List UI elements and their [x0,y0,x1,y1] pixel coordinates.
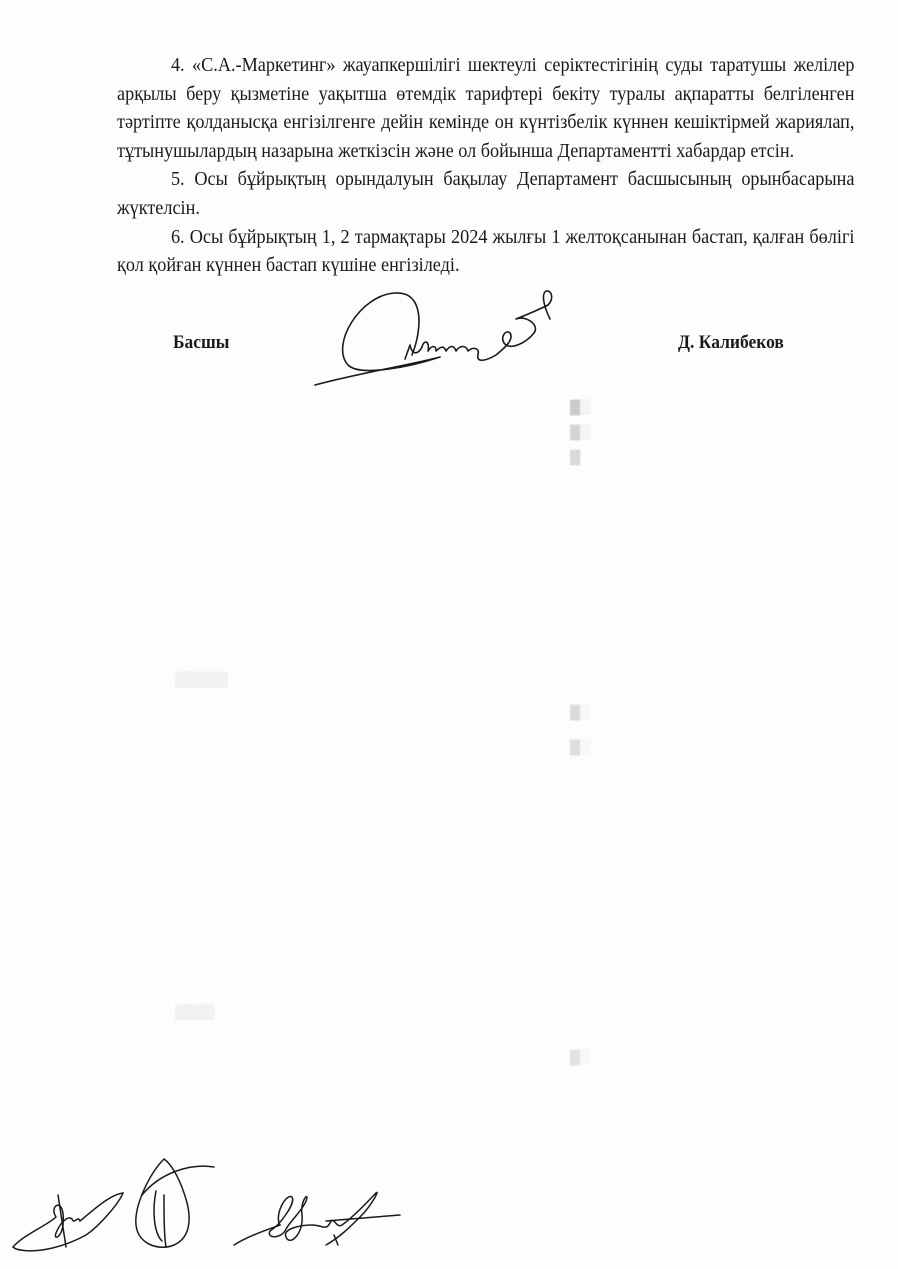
document-body: 4. «С.А.-Маркетинг» жауапкершілігі шекте… [117,52,854,281]
paragraph-6: 6. Осы бұйрықтың 1, 2 тармақтары 2024 жы… [117,224,854,281]
handwritten-signature-2 [130,1155,230,1255]
paragraph-4: 4. «С.А.-Маркетинг» жауапкершілігі шекте… [117,52,854,166]
handwritten-signature-3 [230,1185,410,1255]
handwritten-signature-main [300,285,640,395]
paragraph-5: 5. Осы бұйрықтың орындалуын бақылау Депа… [117,166,854,223]
signatory-title: Басшы [173,332,229,354]
signatory-name: Д. Калибеков [678,332,784,354]
document-page: ▒▒▒▒▒ ▒▒▒▒ ▓░ ▓░ ▓ ▓░ ▓░ ▓░ 4. «С.А.-Мар… [0,0,898,1269]
handwritten-signature-1 [8,1175,128,1255]
